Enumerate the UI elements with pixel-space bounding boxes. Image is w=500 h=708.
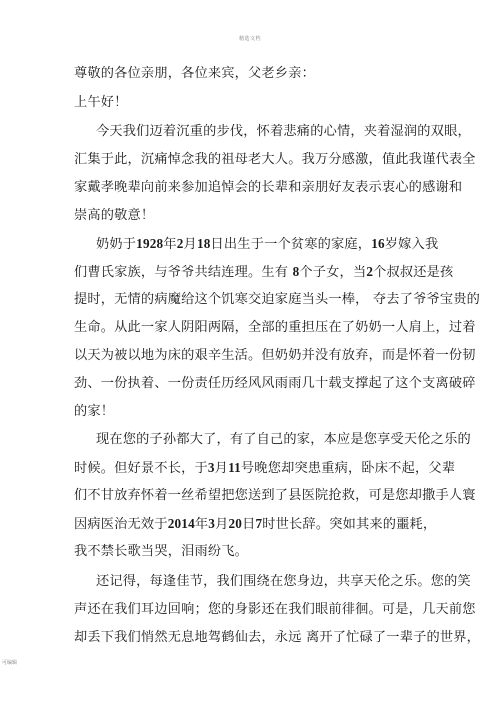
text-line: 以天为被以地为床的艰辛生活。但奶奶并没有放弃，而是怀着一份韧	[74, 348, 476, 364]
text-line: 提时，无情的病魔给这个饥寒交迫家庭当头一棒， 夺去了爷爷宝贵的	[74, 292, 480, 308]
text-line: 上午好！	[74, 95, 128, 111]
text-line: 尊敬的各位亲朋，各位来宾，父老乡亲：	[74, 66, 315, 82]
text-line: 奶奶于1928年2月18日出生于一个贫寒的家庭，16岁嫁入我	[96, 236, 438, 253]
text-line: 家戴孝晚辈向前来参加追悼会的长辈和亲朋好友表示衷心的感谢和	[74, 180, 462, 196]
text-line: 时候。但好景不长，于3月11号晚您却突患重病，卧床不起，父辈	[74, 460, 455, 477]
text-line: 崇高的敬意！	[74, 208, 154, 224]
text-line: 今天我们迈着沉重的步伐，怀着悲痛的心情，夹着湿润的双眼，	[96, 124, 471, 140]
text-line: 们曹氏家族，与爷爷共结连理。生有 8个子女，当2个叔叔还是孩	[74, 264, 453, 281]
text-line: 我不禁长歌当哭，泪雨纷飞。	[74, 544, 248, 560]
page-footer-note: 可编辑	[2, 659, 17, 666]
text-line: 生命。从此一家人阴阳两隔，全部的重担压在了奶奶一人肩上，过着	[74, 320, 476, 336]
text-line: 汇集于此，沉痛悼念我的祖母老大人。我万分感激，值此我谨代表全	[74, 152, 476, 168]
text-line: 劲、一份执着、一份责任历经风风雨雨几十载支撑起了这个支离破碎	[74, 376, 476, 392]
text-line: 现在您的子孙都大了，有了自己的家，本应是您享受天伦之乐的	[96, 432, 471, 448]
text-line: 们不甘放弃怀着一丝希望把您送到了县医院抢救，可是您却撒手人寰	[74, 488, 476, 504]
text-line: 的家！	[74, 404, 114, 420]
page-header-note: 精选文档	[0, 35, 500, 42]
text-line: 却丢下我们悄然无息地驾鹤仙去，永远 离开了忙碌了一辈子的世界，	[74, 630, 480, 646]
text-line: 声还在我们耳边回响；您的身影还在我们眼前徘徊。可是，几天前您	[74, 602, 476, 618]
text-line: 因病医治无效于2014年3月20日7时世长辞。突如其来的噩耗，	[74, 516, 436, 533]
text-line: 还记得，每逢佳节，我们围绕在您身边，共享天伦之乐。您的笑	[96, 574, 471, 590]
